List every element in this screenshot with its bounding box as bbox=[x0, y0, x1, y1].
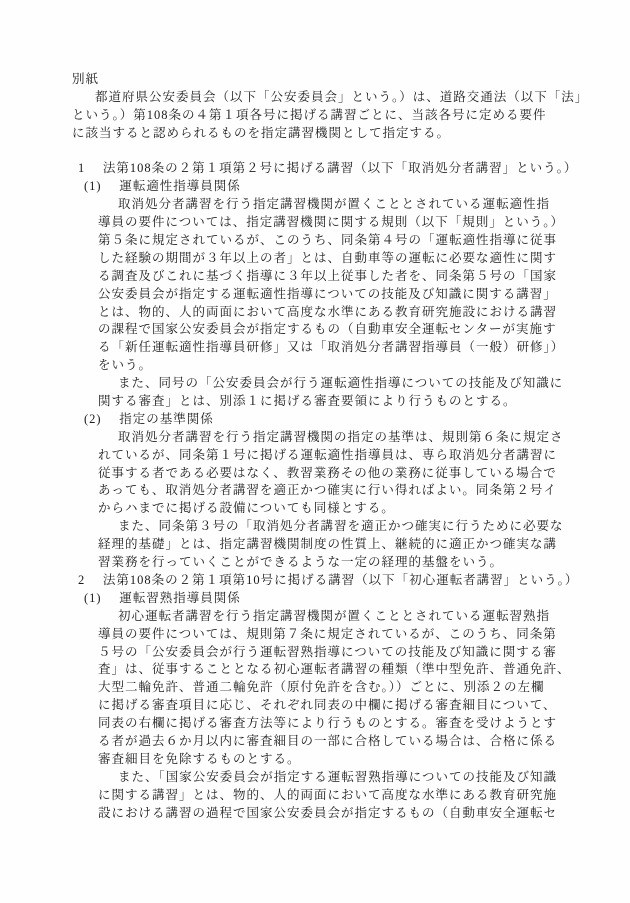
text-line: (1) 運転習熟指導員関係 bbox=[84, 590, 577, 608]
text-line: 取消処分者講習を行う指定講習機関が置くこととされている運転適性指 bbox=[118, 196, 577, 214]
text-line: あっても、取消処分者講習を適正かつ確実に行い得ればよい。同条第２号イ bbox=[98, 482, 577, 500]
text-line: に関する講習」とは、物的、人的両面において高度な水準にある教育研究施 bbox=[98, 787, 577, 805]
text-line: 導員の要件については、指定講習機関に関する規則（以下「規則」という。） bbox=[98, 214, 577, 232]
text-line: (2) 指定の基準関係 bbox=[84, 411, 577, 429]
text-line: (1) 運転適性指導員関係 bbox=[84, 178, 577, 196]
text-line: とは、物的、人的両面において高度な水準にある教育研究施設における講習 bbox=[98, 304, 577, 322]
text-line: 審査細目を免除するものとする。 bbox=[98, 751, 577, 769]
text-line: 同表の右欄に掲げる審査方法等により行うものとする。審査を受けようとす bbox=[98, 715, 577, 733]
text-line: に掲げる審査項目に応じ、それぞれ同表の中欄に掲げる審査細目について、 bbox=[98, 697, 577, 715]
text-line: れているが、同条第１号に掲げる運転適性指導員は、専ら取消処分者講習に bbox=[98, 447, 577, 465]
text-line: 都道府県公安委員会（以下「公安委員会」という。）は、道路交通法（以下「法」 bbox=[95, 89, 577, 107]
text-line: る者が過去６か月以内に審査細目の一部に合格している場合は、合格に係る bbox=[98, 733, 577, 751]
text-line: 初心運転者講習を行う指定講習機関が置くこととされている運転習熟指 bbox=[118, 608, 577, 626]
document-sheet: 別紙都道府県公安委員会（以下「公安委員会」という。）は、道路交通法（以下「法」と… bbox=[0, 0, 630, 903]
text-line: 大型二輪免許、普通二輪免許（原付免許を含む。））ごとに、別添２の左欄 bbox=[98, 679, 577, 697]
text-line: 公安委員会が指定する運転適性指導についての技能及び知識に関する講習」 bbox=[98, 286, 577, 304]
text-line: 2 法第108条の２第１項第10号に掲げる講習（以下「初心運転者講習」という。） bbox=[78, 572, 577, 590]
text-line: 導員の要件については、規則第７条に規定されているが、このうち、同条第 bbox=[98, 626, 577, 644]
blank-line bbox=[72, 143, 577, 161]
text-line: 経理的基礎」とは、指定講習機関制度の性質上、継続的に適正かつ確実な講 bbox=[98, 536, 577, 554]
text-line: 査」は、従事することとなる初心運転者講習の種類（準中型免許、普通免許、 bbox=[98, 661, 577, 679]
text-line: また、同号の「公安委員会が行う運転適性指導についての技能及び知識に bbox=[118, 375, 577, 393]
text-line: 設における講習の過程で国家公安委員会が指定するもの（自動車安全運転セ bbox=[98, 805, 577, 823]
text-line: る「新任運転適性指導員研修」又は「取消処分者講習指導員（一般）研修」） bbox=[98, 339, 577, 357]
text-line: 取消処分者講習を行う指定講習機関の指定の基準は、規則第６条に規定さ bbox=[118, 429, 577, 447]
text-line: に該当すると認められるものを指定講習機関として指定する。 bbox=[72, 125, 577, 143]
document-body: 別紙都道府県公安委員会（以下「公安委員会」という。）は、道路交通法（以下「法」と… bbox=[72, 71, 577, 822]
text-line: をいう。 bbox=[98, 357, 577, 375]
text-line: 第５条に規定されているが、このうち、同条第４号の「運転適性指導に従事 bbox=[98, 232, 577, 250]
text-line: という。）第108条の４第１項各号に掲げる講習ごとに、当該各号に定める要件 bbox=[72, 107, 577, 125]
text-line: また、「国家公安委員会が指定する運転習熟指導についての技能及び知識 bbox=[118, 769, 577, 787]
text-line: ５号の「公安委員会が行う運転習熟指導についての技能及び知識に関する審 bbox=[98, 644, 577, 662]
text-line: また、同条第３号の「取消処分者講習を適正かつ確実に行うために必要な bbox=[118, 518, 577, 536]
page: { "doc": { "attachment_label": "別紙", "te… bbox=[0, 0, 630, 903]
text-line: 関する審査」とは、別添１に掲げる審査要領により行うものとする。 bbox=[98, 393, 577, 411]
text-line: 従事する者である必要はなく、教習業務その他の業務に従事している場合で bbox=[98, 465, 577, 483]
text-line: 1 法第108条の２第１項第２号に掲げる講習（以下「取消処分者講習」という。） bbox=[78, 160, 577, 178]
text-line: からハまでに掲げる設備についても同様とする。 bbox=[98, 500, 577, 518]
text-line: の課程で国家公安委員会が指定するもの（自動車安全運転センターが実施す bbox=[98, 321, 577, 339]
attachment-label: 別紙 bbox=[72, 71, 577, 89]
text-line: した経験の期間が３年以上の者」とは、自動車等の運転に必要な適性に関す bbox=[98, 250, 577, 268]
text-line: 習業務を行っていくことができるような一定の経理的基盤をいう。 bbox=[98, 554, 577, 572]
text-line: る調査及びこれに基づく指導に３年以上従事した者を、同条第５号の「国家 bbox=[98, 268, 577, 286]
